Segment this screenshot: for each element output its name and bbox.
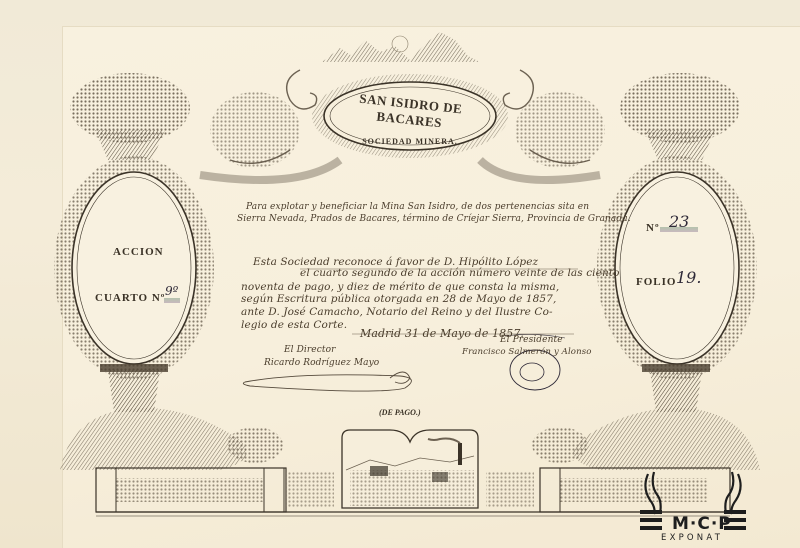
share-type-label: (DE PAGO.) [379,408,421,417]
certificate-number-label: Nº [646,222,660,234]
purpose-line-2: Sierra Nevada, Prados de Bacares, términ… [237,214,631,224]
folio-label: FOLIO [636,276,676,288]
company-title-banner: SAN ISIDRO DE BACARES SOCIEDAD MINERA. [335,88,485,138]
certificate-number-value: 23 [669,212,689,231]
director-name: Ricardo Rodríguez Mayo [264,358,379,368]
quarter-number-label: CUARTO Nº [95,292,165,304]
company-type: SOCIEDAD MINERA. [335,137,485,146]
quarter-number-field-tint [164,298,180,303]
body-line-6: legio de esta Corte. [241,319,347,331]
company-name: SAN ISIDRO DE BACARES [334,88,487,136]
body-line-4: según Escritura pública otorgada en 28 d… [241,293,556,305]
president-title: El Presidente [500,335,563,345]
quarter-number-value: 9º [165,284,178,298]
watermark-brand: M·C·P [672,514,732,534]
body-line-2: el cuarto segundo de la acción número ve… [300,267,620,279]
president-name: Francisco Salmerón y Alonso [462,347,592,357]
director-title: El Director [284,345,336,355]
watermark-label: EXPONAT [661,533,723,543]
body-line-3: noventa de pago, y diez de mérito de que… [241,281,559,293]
folio-value: 19. [676,268,701,287]
body-line-5: ante D. José Camacho, Notario del Reino … [241,306,553,318]
purpose-line-1: Para explotar y beneficiar la Mina San I… [246,202,589,212]
share-heading: ACCION [113,246,164,258]
